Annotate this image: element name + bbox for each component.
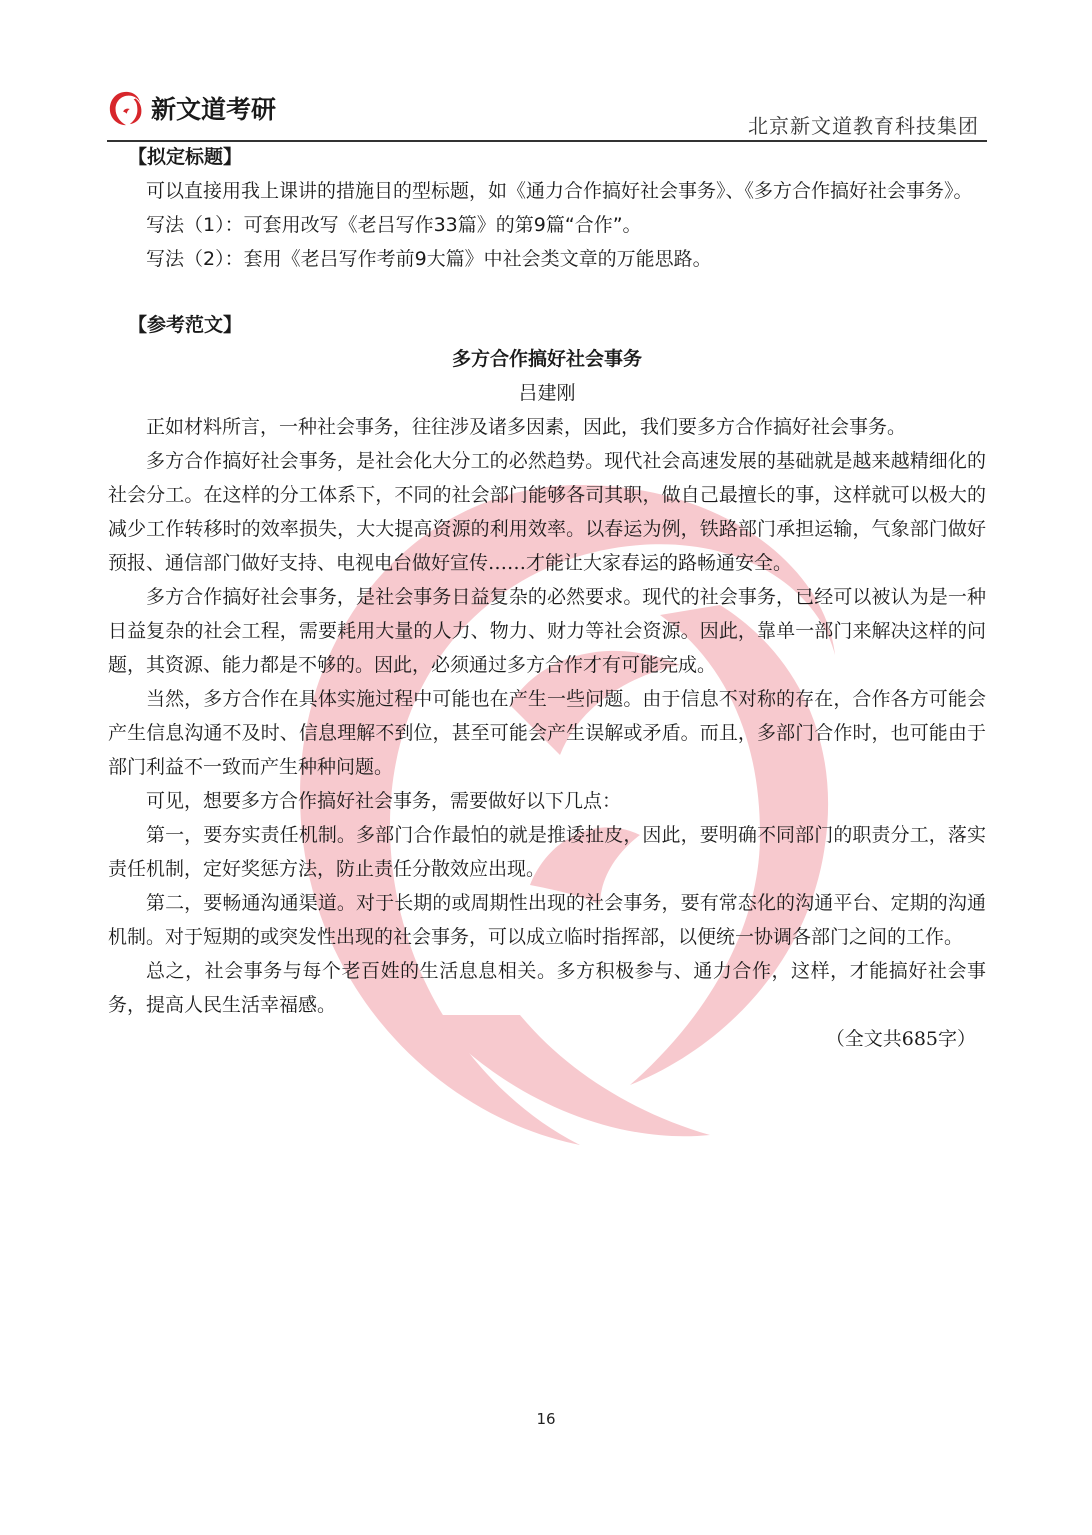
intro-paragraph: 写法（1）：可套用改写《老吕写作33篇》的第9篇“合作”。 <box>108 208 986 242</box>
company-name: 北京新文道教育科技集团 <box>748 110 979 139</box>
section-heading-title-suggestion: 【拟定标题】 <box>128 140 986 174</box>
document-body: 【拟定标题】 可以直接用我上课讲的措施目的型标题，如《通力合作搞好社会事务》、《… <box>108 140 986 1056</box>
page-number: 16 <box>0 1410 1092 1428</box>
essay-author: 吕建刚 <box>108 376 986 410</box>
intro-paragraph: 写法（2）：套用《老吕写作考前9大篇》中社会类文章的万能思路。 <box>108 242 986 276</box>
spacer <box>108 276 986 308</box>
essay-paragraph: 正如材料所言，一种社会事务，往往涉及诸多因素，因此，我们要多方合作搞好社会事务。 <box>108 410 986 444</box>
phoenix-logo-icon <box>107 89 145 127</box>
page-header: 新文道考研 北京新文道教育科技集团 <box>107 86 987 142</box>
essay-title: 多方合作搞好社会事务 <box>108 342 986 376</box>
essay-paragraph: 总之，社会事务与每个老百姓的生活息息相关。多方积极参与、通力合作，这样，才能搞好… <box>108 954 986 1022</box>
brand-logo: 新文道考研 <box>107 89 276 127</box>
word-count: （全文共685字） <box>108 1022 986 1056</box>
essay-paragraph: 当然，多方合作在具体实施过程中可能也在产生一些问题。由于信息不对称的存在，合作各… <box>108 682 986 784</box>
section-heading-sample-essay: 【参考范文】 <box>128 308 986 342</box>
logo-text: 新文道考研 <box>151 90 276 126</box>
essay-paragraph: 多方合作搞好社会事务，是社会化大分工的必然趋势。现代社会高速发展的基础就是越来越… <box>108 444 986 580</box>
intro-paragraph: 可以直接用我上课讲的措施目的型标题，如《通力合作搞好社会事务》、《多方合作搞好社… <box>108 174 986 208</box>
essay-paragraph: 可见，想要多方合作搞好社会事务，需要做好以下几点： <box>108 784 986 818</box>
essay-paragraph: 第二，要畅通沟通渠道。对于长期的或周期性出现的社会事务，要有常态化的沟通平台、定… <box>108 886 986 954</box>
document-page: 新文道考研 北京新文道教育科技集团 【拟定标题】 可以直接用我上课讲的措施目的型… <box>0 0 1092 1535</box>
essay-paragraph: 第一，要夯实责任机制。多部门合作最怕的就是推诿扯皮，因此，要明确不同部门的职责分… <box>108 818 986 886</box>
essay-paragraph: 多方合作搞好社会事务，是社会事务日益复杂的必然要求。现代的社会事务，已经可以被认… <box>108 580 986 682</box>
